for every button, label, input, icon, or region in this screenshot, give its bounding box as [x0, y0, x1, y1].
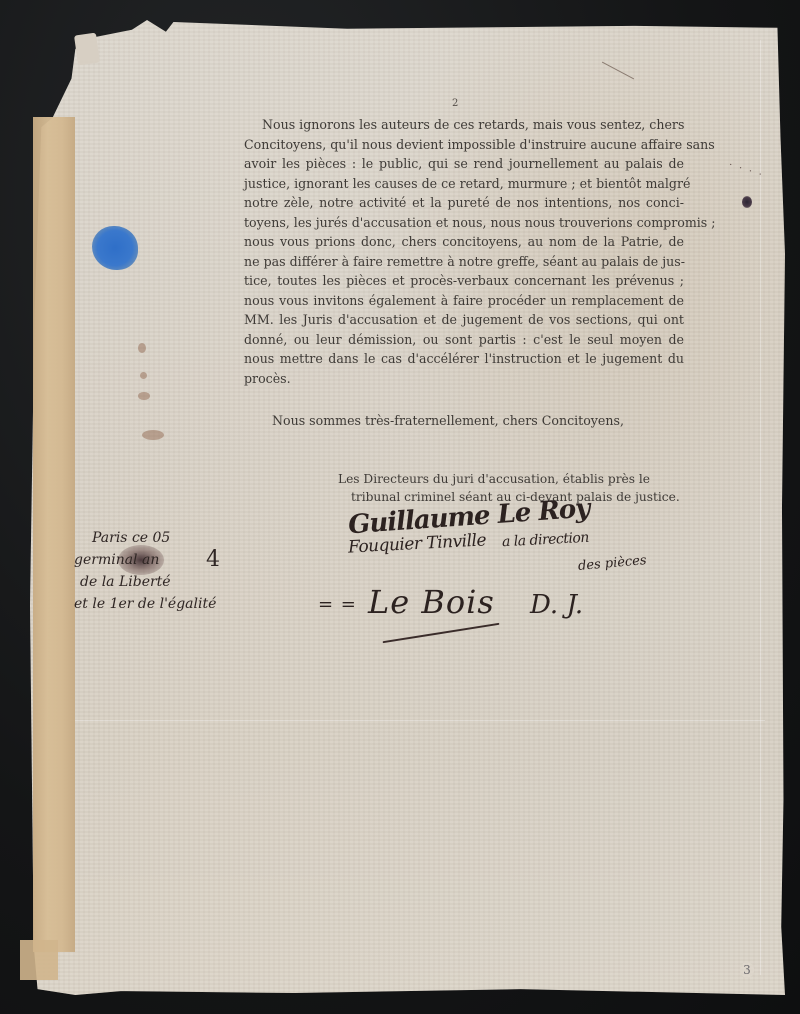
body-line: justice, ignorant les causes de ce retar…: [244, 174, 684, 194]
body-line: MM. les Juris d'accusation et de jugemen…: [244, 310, 684, 330]
body-line: avoir les pièces : le public, qui se ren…: [244, 154, 684, 174]
body-line: procès.: [244, 369, 684, 389]
adhesive-tape-strip: [33, 117, 75, 952]
foxing-spot: [138, 343, 146, 353]
directors-line-1: Les Directeurs du juri d'accusation, éta…: [338, 470, 680, 488]
foxing-spot: [140, 372, 147, 379]
body-line: nous vous prions donc, chers concitoyens…: [244, 232, 684, 252]
margin-date-note: Paris ce 05 germinal an 4 de la Liberté …: [74, 527, 216, 615]
margin-note-line-1: Paris ce 05: [74, 527, 216, 549]
foxing-spot: [142, 430, 164, 440]
body-line: ne pas différer à faire remettre à notre…: [244, 252, 684, 272]
signature-initials: D. J.: [530, 590, 583, 620]
letter-body: Nous ignorons les auteurs de ces retards…: [244, 115, 684, 388]
signature-dashes: = =: [318, 594, 357, 615]
margin-note-line-4: et le 1er de l'égalité: [74, 593, 216, 615]
archive-pencil-number: 3: [740, 962, 754, 978]
body-line: donné, ou leur démission, ou sont partis…: [244, 330, 684, 350]
ink-blot-mark: [742, 196, 752, 208]
body-line: notre zèle, notre activité et la pureté …: [244, 193, 684, 213]
adhesive-tape-end: [20, 940, 58, 980]
signature-le-bois: Le Bois: [368, 583, 495, 621]
body-line: Concitoyens, qu'il nous devient impossib…: [244, 135, 684, 155]
page-number: 2: [452, 98, 458, 109]
body-line: toyens, les jurés d'accusation et nous, …: [244, 213, 684, 233]
foxing-spot: [138, 392, 150, 400]
body-line: tice, toutes les pièces et procès-verbau…: [244, 271, 684, 291]
margin-note-line-3: de la Liberté: [74, 571, 216, 593]
body-line: nous mettre dans le cas d'accélérer l'in…: [244, 349, 684, 369]
margin-note-line-2: germinal an: [74, 549, 216, 571]
body-line: Nous ignorons les auteurs de ces retards…: [244, 115, 684, 135]
torn-corner-flap: [74, 33, 100, 66]
fold-line-horizontal: [70, 720, 765, 721]
blue-ink-stain-icon: [92, 226, 138, 270]
closing-salutation: Nous sommes très-fraternellement, chers …: [272, 413, 624, 428]
margin-note-number: 4: [206, 549, 220, 571]
body-line: nous vous invitons également à faire pro…: [244, 291, 684, 311]
